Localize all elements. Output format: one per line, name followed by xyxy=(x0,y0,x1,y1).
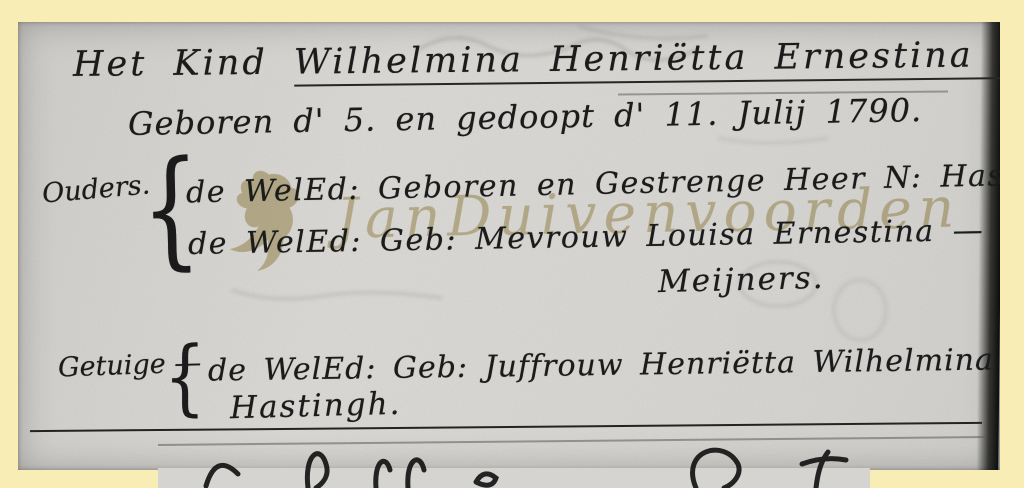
scan-frame: JanDuivenvoorden Het Kind Wilhelmina Hen… xyxy=(0,0,1024,488)
child-name-line: Het Kind Wilhelmina Henriëtta Ernestina xyxy=(73,35,1000,85)
next-entry-fragment xyxy=(140,430,880,488)
witness-surname: Hastingh. xyxy=(230,386,402,426)
scanned-register-image: { "colors": { "frame": "#F8EDB5", "paper… xyxy=(0,0,1024,488)
mother-surname: Meijners. xyxy=(658,260,825,300)
register-photo: JanDuivenvoorden Het Kind Wilhelmina Hen… xyxy=(18,22,1000,470)
witness-brace: { xyxy=(164,336,206,420)
child-name: Wilhelmina Henriëtta Ernestina xyxy=(294,35,1000,87)
child-prefix: Het Kind xyxy=(73,43,268,85)
